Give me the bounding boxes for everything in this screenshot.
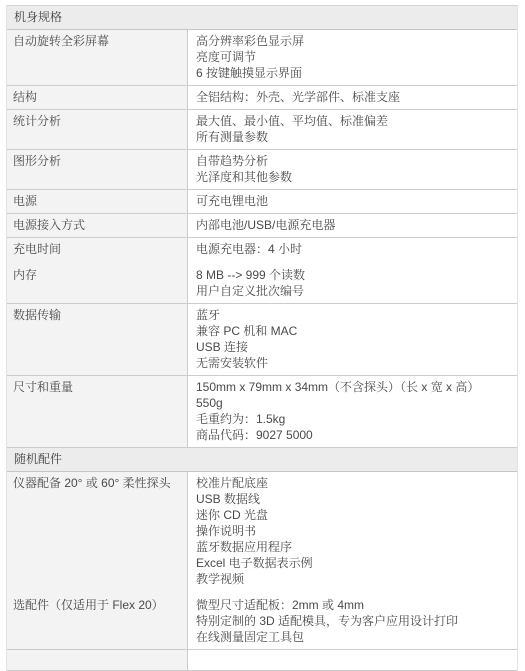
spec-value-line: 教学视频 (196, 571, 509, 587)
table-subrow: 统计分析最大值、最小值、平均值、标准偏差所有测量参数 (7, 110, 517, 149)
spec-value-line: 高分辨率彩色显示屏 (196, 33, 509, 49)
spec-value-line: 自带趋势分析 (196, 153, 509, 169)
spec-value-line: 亮度可调节 (196, 49, 509, 65)
spec-label: 统计分析 (13, 113, 179, 129)
spec-value-line: 6 按键触摸显示界面 (196, 65, 509, 81)
table-subrow: 尺寸和重量150mm x 79mm x 34mm（不含探头）（长 x 宽 x 高… (7, 376, 517, 447)
spec-value-line: 电源充电器：4 小时 (196, 241, 509, 257)
spec-value-cell: 可充电锂电池 (188, 190, 517, 213)
spec-label: 仪器配备 20° 或 60° 柔性探头 (13, 475, 179, 491)
spec-value-line: 蓝牙 (196, 307, 509, 323)
spec-value-line: 全铝结构：外壳、光学部件、标准支座 (196, 89, 509, 105)
spec-value-line: 特别定制的 3D 适配模具，专为客户应用设计打印 (196, 613, 509, 629)
spec-label: 电源 (13, 193, 179, 209)
spec-value-line: 150mm x 79mm x 34mm（不含探头）（长 x 宽 x 高） (196, 379, 509, 395)
spec-value-line: 550g (196, 395, 509, 411)
table-subrow: 充电时间电源充电器：4 小时 (7, 238, 517, 264)
spec-label: 充电时间 (13, 241, 179, 257)
spec-value-line: USB 连接 (196, 339, 509, 355)
spec-value-line: 可充电锂电池 (196, 193, 509, 209)
spec-value-cell: 电源充电器：4 小时 (188, 238, 517, 264)
spec-label-cell: 内存 (7, 264, 188, 303)
spec-label-cell: 电源接入方式 (7, 214, 188, 237)
spec-value-line: USB 数据线 (196, 491, 509, 507)
spec-label: 内存 (13, 267, 179, 283)
spec-label-cell: 充电时间 (7, 238, 188, 264)
spec-value-line: 毛重约为：1.5kg (196, 411, 509, 427)
spec-value-line: 操作说明书 (196, 523, 509, 539)
table-subrow: 选配件（仅适用于 Flex 20）微型尺寸适配板：2mm 或 4mm特别定制的 … (7, 594, 517, 649)
spec-value-line: 迷你 CD 光盘 (196, 507, 509, 523)
table-row: 统计分析最大值、最小值、平均值、标准偏差所有测量参数 (7, 110, 517, 150)
table-subrow: 结构全铝结构：外壳、光学部件、标准支座 (7, 86, 517, 109)
table-row: 尺寸和重量150mm x 79mm x 34mm（不含探头）（长 x 宽 x 高… (7, 376, 517, 448)
spec-value-cell: 蓝牙兼容 PC 机和 MACUSB 连接无需安装软件 (188, 304, 517, 375)
section-title: 随机配件 (14, 452, 62, 466)
table-row: 电源接入方式内部电池/USB/电源充电器 (7, 214, 517, 238)
table-row: 自动旋转全彩屏幕高分辨率彩色显示屏亮度可调节6 按键触摸显示界面 (7, 30, 517, 86)
spec-value-cell: 150mm x 79mm x 34mm（不含探头）（长 x 宽 x 高）550g… (188, 376, 517, 447)
spec-label-cell: 仪器配备 20° 或 60° 柔性探头 (7, 472, 188, 594)
spec-label-cell: 尺寸和重量 (7, 376, 188, 447)
spec-label-cell: 数据传输 (7, 304, 188, 375)
spec-label-cell: 图形分析 (7, 150, 188, 189)
spec-table: 机身规格自动旋转全彩屏幕高分辨率彩色显示屏亮度可调节6 按键触摸显示界面结构全铝… (6, 5, 518, 649)
spec-label: 电源接入方式 (13, 217, 179, 233)
spec-value-line: 内部电池/USB/电源充电器 (196, 217, 509, 233)
spec-label: 自动旋转全彩屏幕 (13, 33, 179, 49)
spec-value-line: 用户自定义批次编号 (196, 283, 509, 299)
spec-value-cell: 校准片配底座USB 数据线迷你 CD 光盘操作说明书蓝牙数据应用程序Excel … (188, 472, 517, 594)
table-subrow: 内存8 MB --> 999 个读数用户自定义批次编号 (7, 264, 517, 303)
spec-value-line: 最大值、最小值、平均值、标准偏差 (196, 113, 509, 129)
table-subrow: 图形分析自带趋势分析光泽度和其他参数 (7, 150, 517, 189)
spec-value-cell: 最大值、最小值、平均值、标准偏差所有测量参数 (188, 110, 517, 149)
spec-label-cell: 结构 (7, 86, 188, 109)
section-header: 随机配件 (7, 448, 517, 472)
spec-label-cell: 电源 (7, 190, 188, 213)
table-row: 电源可充电锂电池 (7, 190, 517, 214)
spec-label-cell: 选配件（仅适用于 Flex 20） (7, 594, 188, 649)
spec-value-line: 在线测量固定工具包 (196, 629, 509, 645)
spec-value-line: 无需安装软件 (196, 355, 509, 371)
spec-value-line: 所有测量参数 (196, 129, 509, 145)
spec-value-line: 微型尺寸适配板：2mm 或 4mm (196, 597, 509, 613)
spec-label: 数据传输 (13, 307, 179, 323)
spec-label-cell: 统计分析 (7, 110, 188, 149)
spec-value-line: 8 MB --> 999 个读数 (196, 267, 509, 283)
spec-label: 结构 (13, 89, 179, 105)
spec-label-cell: 自动旋转全彩屏幕 (7, 30, 188, 85)
spec-value-line: 校准片配底座 (196, 475, 509, 491)
table-row: 结构全铝结构：外壳、光学部件、标准支座 (7, 86, 517, 110)
section-title: 机身规格 (14, 10, 62, 24)
spec-label: 图形分析 (13, 153, 179, 169)
spec-value-cell: 全铝结构：外壳、光学部件、标准支座 (188, 86, 517, 109)
table-subrow: 仪器配备 20° 或 60° 柔性探头校准片配底座USB 数据线迷你 CD 光盘… (7, 472, 517, 594)
spec-value-line: 商品代码：9027 5000 (196, 427, 509, 443)
table-subrow: 电源接入方式内部电池/USB/电源充电器 (7, 214, 517, 237)
spec-value-line: 蓝牙数据应用程序 (196, 539, 509, 555)
table-subrow: 自动旋转全彩屏幕高分辨率彩色显示屏亮度可调节6 按键触摸显示界面 (7, 30, 517, 85)
spec-value-line: Excel 电子数据表示例 (196, 555, 509, 571)
spec-label: 选配件（仅适用于 Flex 20） (13, 597, 179, 613)
table-subrow: 电源可充电锂电池 (7, 190, 517, 213)
spec-value-cell: 内部电池/USB/电源充电器 (188, 214, 517, 237)
spec-value-line: 光泽度和其他参数 (196, 169, 509, 185)
spec-value-cell: 微型尺寸适配板：2mm 或 4mm特别定制的 3D 适配模具，专为客户应用设计打… (188, 594, 517, 649)
table-row: 充电时间电源充电器：4 小时内存8 MB --> 999 个读数用户自定义批次编… (7, 238, 517, 304)
table-row: 仪器配备 20° 或 60° 柔性探头校准片配底座USB 数据线迷你 CD 光盘… (7, 472, 517, 649)
table-row: 数据传输蓝牙兼容 PC 机和 MACUSB 连接无需安装软件 (7, 304, 517, 376)
spec-label: 尺寸和重量 (13, 379, 179, 395)
table-subrow: 数据传输蓝牙兼容 PC 机和 MACUSB 连接无需安装软件 (7, 304, 517, 375)
section-header: 机身规格 (7, 6, 517, 30)
table-row: 图形分析自带趋势分析光泽度和其他参数 (7, 150, 517, 190)
spec-value-cell: 自带趋势分析光泽度和其他参数 (188, 150, 517, 189)
spec-value-line: 兼容 PC 机和 MAC (196, 323, 509, 339)
spec-value-cell: 8 MB --> 999 个读数用户自定义批次编号 (188, 264, 517, 303)
spec-value-cell: 高分辨率彩色显示屏亮度可调节6 按键触摸显示界面 (188, 30, 517, 85)
